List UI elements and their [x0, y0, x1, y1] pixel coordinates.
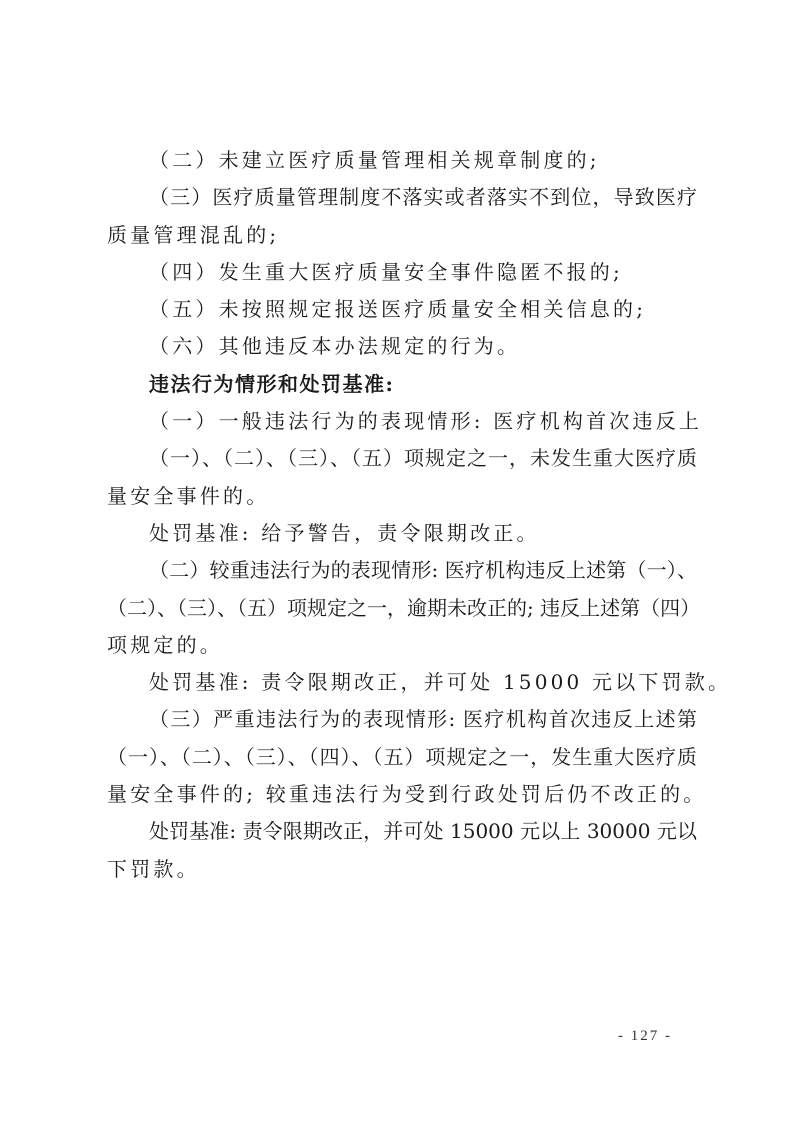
paragraph-line: （二）较重违法行为的表现情形: 医疗机构违反上述第（一）、 [107, 552, 697, 589]
paragraph-line: （一）一般违法行为的表现情形: 医疗机构首次违反上 [107, 403, 697, 440]
document-body: （二）未建立医疗质量管理相关规章制度的; （三）医疗质量管理制度不落实或者落实不… [107, 142, 697, 888]
paragraph-line: （二）未建立医疗质量管理相关规章制度的; [107, 142, 697, 179]
paragraph-line: 质量管理混乱的; [107, 217, 697, 254]
paragraph-line: （三）医疗质量管理制度不落实或者落实不到位，导致医疗 [107, 179, 697, 216]
paragraph-line: 量安全事件的; 较重违法行为受到行政处罚后仍不改正的。 [107, 776, 697, 813]
paragraph-line: （一）、（二）、（三）、（四）、（五）项规定之一，发生重大医疗质 [107, 739, 697, 776]
page-number: - 127 - [618, 1028, 672, 1045]
paragraph-line: （一）、（二）、（三）、（五）项规定之一，未发生重大医疗质 [107, 440, 697, 477]
paragraph-line: （六）其他违反本办法规定的行为。 [107, 328, 697, 365]
paragraph-line: （四）发生重大医疗质量安全事件隐匿不报的; [107, 254, 697, 291]
paragraph-line: （五）未按照规定报送医疗质量安全相关信息的; [107, 291, 697, 328]
paragraph-line: 处罚基准: 责令限期改正，并可处 15000 元以上 30000 元以 [107, 813, 697, 850]
paragraph-line: 量安全事件的。 [107, 478, 697, 515]
paragraph-line: 项规定的。 [107, 627, 697, 664]
paragraph-line: 处罚基准: 责令限期改正，并可处 15000 元以下罚款。 [107, 664, 697, 701]
paragraph-line: 下罚款。 [107, 851, 697, 888]
paragraph-line: （三）严重违法行为的表现情形: 医疗机构首次违反上述第 [107, 701, 697, 738]
paragraph-line: 处罚基准: 给予警告，责令限期改正。 [107, 515, 697, 552]
paragraph-line: （二）、（三）、（五）项规定之一，逾期未改正的; 违反上述第（四） [107, 590, 697, 627]
section-heading: 违法行为情形和处罚基准: [107, 366, 697, 403]
